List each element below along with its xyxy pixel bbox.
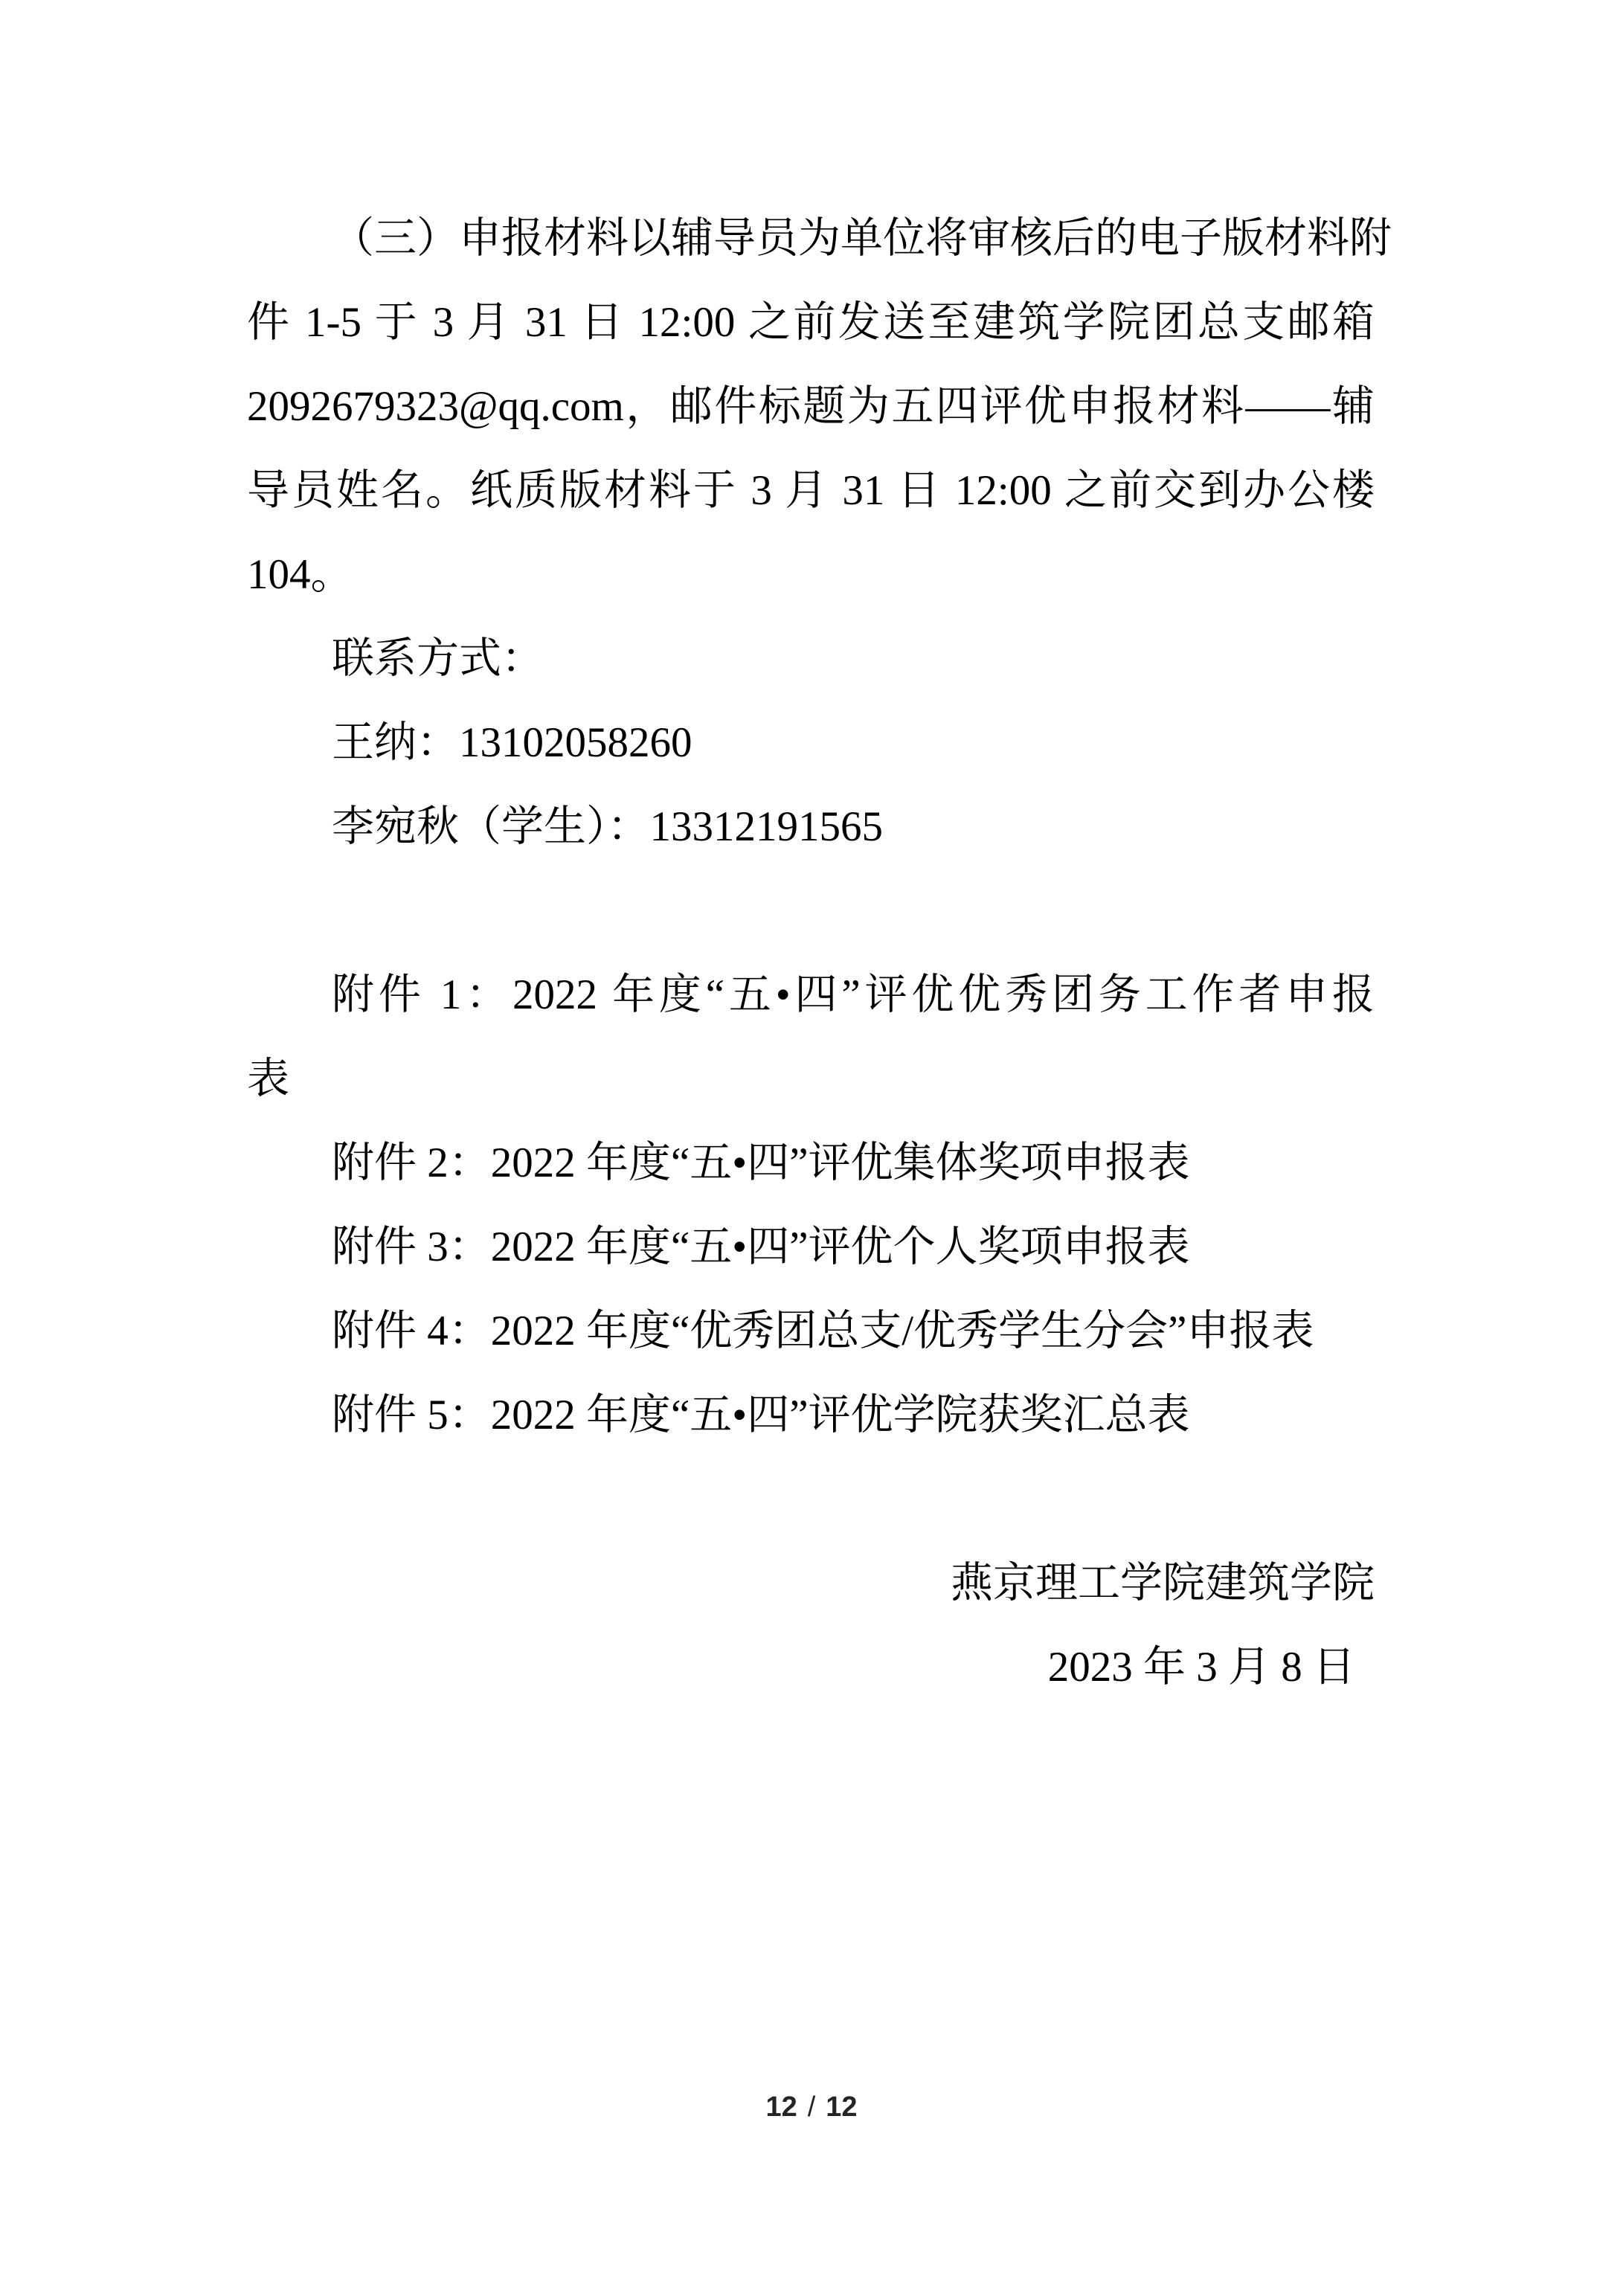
- page-number-separator: /: [808, 2091, 816, 2123]
- signature-organization: 燕京理工学院建筑学院: [247, 1541, 1375, 1625]
- blank-line-1: [247, 869, 1375, 953]
- paragraph-line-1: （三）申报材料以辅导员为单位将审核后的电子版材料附: [247, 196, 1375, 280]
- page-footer: 12/12: [0, 2091, 1623, 2123]
- attachment-5: 附件 5：2022 年度“五•四”评优学院获奖汇总表: [247, 1373, 1375, 1457]
- document-page: （三）申报材料以辅导员为单位将审核后的电子版材料附 件 1-5 于 3 月 31…: [0, 0, 1623, 2296]
- attachment-1-line-2: 表: [247, 1037, 1375, 1121]
- paragraph-line-5: 104。: [247, 533, 1375, 617]
- contact-heading: 联系方式：: [247, 617, 1375, 701]
- page-number-current: 12: [765, 2091, 797, 2123]
- paragraph-line-2: 件 1-5 于 3 月 31 日 12:00 之前发送至建筑学院团总支邮箱: [247, 280, 1375, 364]
- page-number-total: 12: [826, 2091, 857, 2123]
- contact-phone-liwanqiu: 李宛秋（学生）：13312191565: [247, 785, 1375, 869]
- paragraph-line-3-email: 2092679323@qq.com，邮件标题为五四评优申报材料——辅: [247, 364, 1375, 448]
- attachment-2: 附件 2：2022 年度“五•四”评优集体奖项申报表: [247, 1121, 1375, 1205]
- signature-date: 2023 年 3 月 8 日: [247, 1625, 1375, 1709]
- attachment-4: 附件 4：2022 年度“优秀团总支/优秀学生分会”申报表: [247, 1289, 1375, 1373]
- document-body: （三）申报材料以辅导员为单位将审核后的电子版材料附 件 1-5 于 3 月 31…: [247, 196, 1375, 1709]
- contact-phone-wangna: 王纳：13102058260: [247, 701, 1375, 785]
- attachment-1-line-1: 附件 1：2022 年度“五•四”评优优秀团务工作者申报: [247, 953, 1375, 1037]
- attachment-3: 附件 3：2022 年度“五•四”评优个人奖项申报表: [247, 1205, 1375, 1289]
- paragraph-line-4: 导员姓名。纸质版材料于 3 月 31 日 12:00 之前交到办公楼: [247, 448, 1375, 533]
- blank-line-2: [247, 1457, 1375, 1541]
